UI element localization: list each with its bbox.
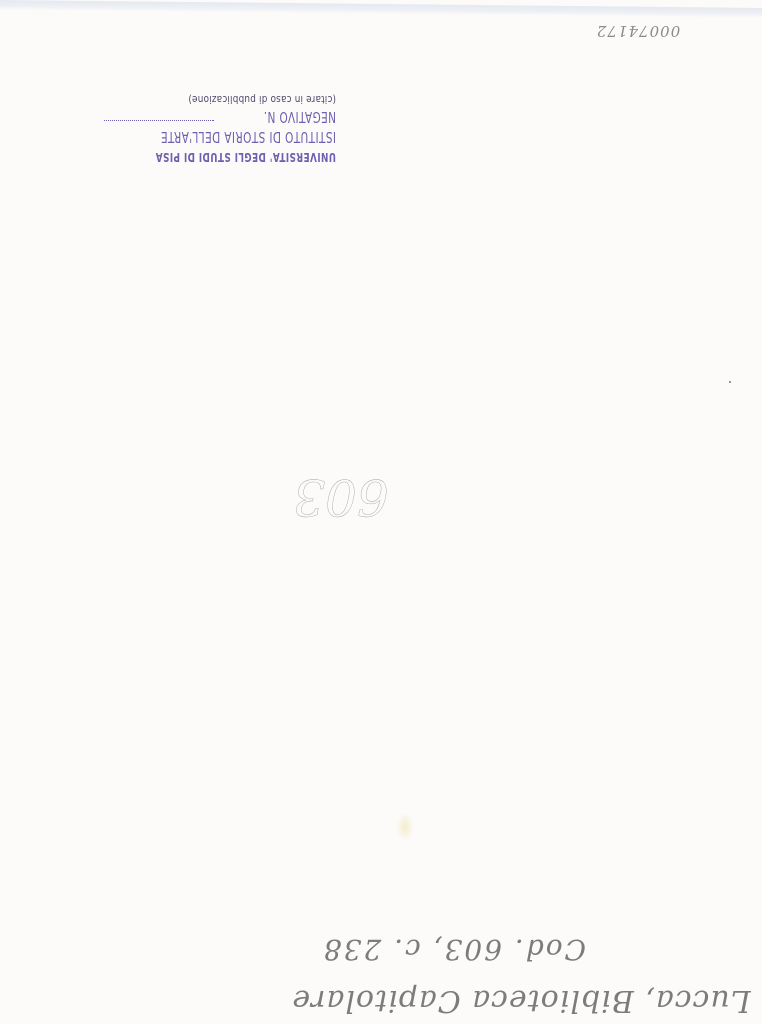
stamp-negative-label: NEGATIVO N. <box>263 108 336 126</box>
archive-number: 00074172 <box>586 22 690 40</box>
stamp-university: UNIVERSITA' DEGLI STUDI DI PISA <box>155 150 336 164</box>
scan-top-edge <box>0 0 762 18</box>
stamp-citation-note: (citare in caso di pubblicazione) <box>188 93 336 106</box>
paper-stain <box>396 812 414 842</box>
stamp-institute: ISTITUTO DI STORIA DELL'ARTE <box>161 128 336 146</box>
caption-location: Lucca, Biblioteca Capitolare <box>286 983 756 1018</box>
caption-codex-reference: Cod. 603, c. 238 <box>322 933 586 966</box>
photo-verso-sheet: 00074172 UNIVERSITA' DEGLI STUDI DI PISA… <box>0 0 762 1024</box>
handwritten-caption: Lucca, Biblioteca Capitolare Cod. 603, c… <box>286 922 756 1018</box>
paper-speck <box>729 381 731 383</box>
institute-stamp: UNIVERSITA' DEGLI STUDI DI PISA ISTITUTO… <box>96 78 346 164</box>
center-number-text: 603 <box>293 462 388 532</box>
stamp-negative-number-blank <box>104 120 214 121</box>
pencil-center-number: 603 <box>286 462 396 532</box>
